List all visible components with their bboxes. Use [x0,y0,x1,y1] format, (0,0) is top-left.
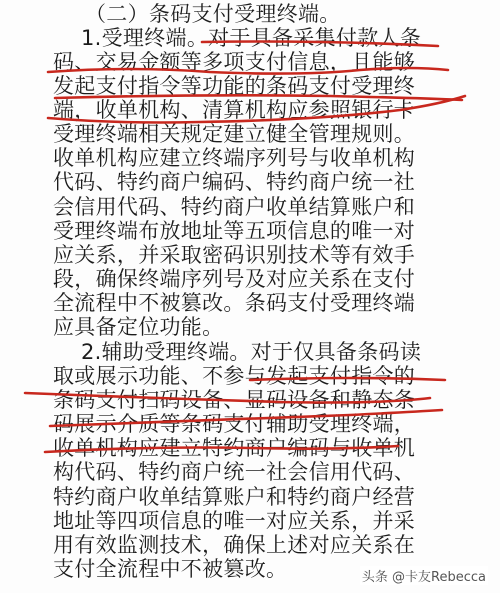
paragraph-line: 特约商户收单结算账户和特约商户经营 [53,485,415,509]
paragraph-line: 受理终端布放地址等五项信息的唯一对 [53,219,415,243]
paragraph-line: 发起支付指令等功能的条码支付受理终 [53,74,415,98]
source-watermark: 头条 @卡友Rebecca [360,566,488,585]
section-heading: （二）条码支付受理终端。 [85,2,341,26]
paragraph-line: 全流程中不被篡改。条码支付受理终端 [53,291,415,315]
paragraph-line: 取或展示功能、不参与发起支付指令的 [53,364,415,388]
paragraph-line: 用有效监测技术，确保上述对应关系在 [53,533,415,557]
paragraph-line: 收单机构应建立特约商户编码与收单机 [53,436,415,460]
paragraph-line: 支付全流程中不被篡改。 [53,557,287,581]
paragraph-line: 受理终端相关规定建立健全管理规则。 [53,122,415,146]
paragraph-line: 地址等四项信息的唯一对应关系，并采 [53,509,415,533]
paragraph-line: 段，确保终端序列号及对应关系在支付 [53,267,415,291]
paragraph-line: 代码、特约商户编码、特约商户统一社 [53,170,415,194]
paragraph-line: 会信用代码、特约商户收单结算账户和 [53,195,415,219]
paragraph-line: 应关系，并采取密码识别技术等有效手 [53,243,415,267]
paragraph-line: 2.辅助受理终端。对于仅具备条码读 [81,340,421,364]
paragraph-line: 收单机构应建立终端序列号与收单机构 [53,146,415,170]
paragraph-line: 1.受理终端。对于具备采集付款人条 [81,26,421,50]
paragraph-line: 码、交易金额等多项支付信息，且能够 [53,50,415,74]
paragraph-line: 应具备定位功能。 [53,315,223,339]
document-page: （二）条码支付受理终端。 1.受理终端。对于具备采集付款人条 码、交易金额等多项… [0,0,500,593]
paragraph-line: 端，收单机构、清算机构应参照银行卡 [53,98,415,122]
paragraph-line: 构代码、特约商户统一社会信用代码、 [53,460,415,484]
paragraph-line: 码展示介质等条码支付辅助受理终端， [53,412,415,436]
paragraph-line: 条码支付扫码设备、显码设备和静态条 [53,388,415,412]
